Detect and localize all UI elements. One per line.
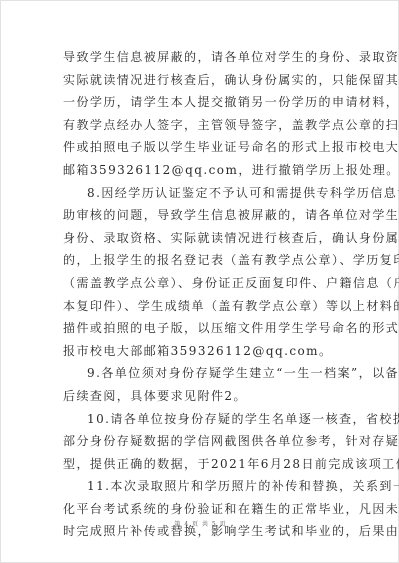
text-line: 部分身份存疑数据的学信网截图供各单位参考，针对存疑类 <box>63 430 339 453</box>
text-line: 报市校电大部邮箱359326112@qq.com。 <box>63 340 339 363</box>
text-line: 9.各单位须对身份存疑学生建立“一生一档案”，以备 <box>63 362 339 385</box>
text-line: 件或拍照电子版以学生毕业证号命名的形式上报市校电大部 <box>63 136 339 159</box>
text-line: 本复印件）、学生成绩单（盖有教学点公章）等以上材料的扫 <box>63 295 339 318</box>
text-line: 8.因经学历认证鉴定不予认可和需提供专科学历信息协 <box>63 182 339 205</box>
text-line: 一份学历，请学生本人提交撤销另一份学历的申请材料，需 <box>63 91 339 114</box>
text-line: 化平台考试系统的身份验证和在籍生的正常毕业，凡因未按 <box>63 498 339 521</box>
text-line: 导致学生信息被屏蔽的，请各单位对学生的身份、录取资格、 <box>63 46 339 69</box>
text-line: 后续查阅，具体要求见附件2。 <box>63 385 339 408</box>
text-line: 10.请各单位按身份存疑的学生名单逐一核查，省校提供 <box>63 408 339 431</box>
text-line: 助审核的问题，导致学生信息被屏蔽的，请各单位对学生的 <box>63 204 339 227</box>
text-line: 11.本次录取照片和学历照片的补传和替换，关系到一体 <box>63 475 339 498</box>
document-page: 导致学生信息被屏蔽的，请各单位对学生的身份、录取资格、实际就读情况进行核查后，确… <box>0 0 399 563</box>
text-line: 型，提供正确的数据，于2021年6月28日前完成该项工作。 <box>63 453 339 476</box>
text-line: 邮箱359326112@qq.com，进行撤销学历上报处理。 <box>63 159 339 182</box>
text-line: 有教学点经办人签字，主管领导签字，盖教学点公章的扫描 <box>63 114 339 137</box>
text-line: 实际就读情况进行核查后，确认身份属实的，只能保留其中 <box>63 69 339 92</box>
text-line: 身份、录取资格、实际就读情况进行核查后，确认身份属实 <box>63 227 339 250</box>
document-body: 导致学生信息被屏蔽的，请各单位对学生的身份、录取资格、实际就读情况进行核查后，确… <box>63 46 339 543</box>
text-line: 的，上报学生的报名登记表（盖有教学点公章）、学历复印件 <box>63 249 339 272</box>
text-line: 描件或拍照的电子版，以压缩文件用学生学号命名的形式上 <box>63 317 339 340</box>
page-number-footer: 第 4 页 共 5 页 <box>1 519 399 528</box>
text-line: （需盖教学点公章）、身份证正反面复印件、户籍信息（户口 <box>63 272 339 295</box>
